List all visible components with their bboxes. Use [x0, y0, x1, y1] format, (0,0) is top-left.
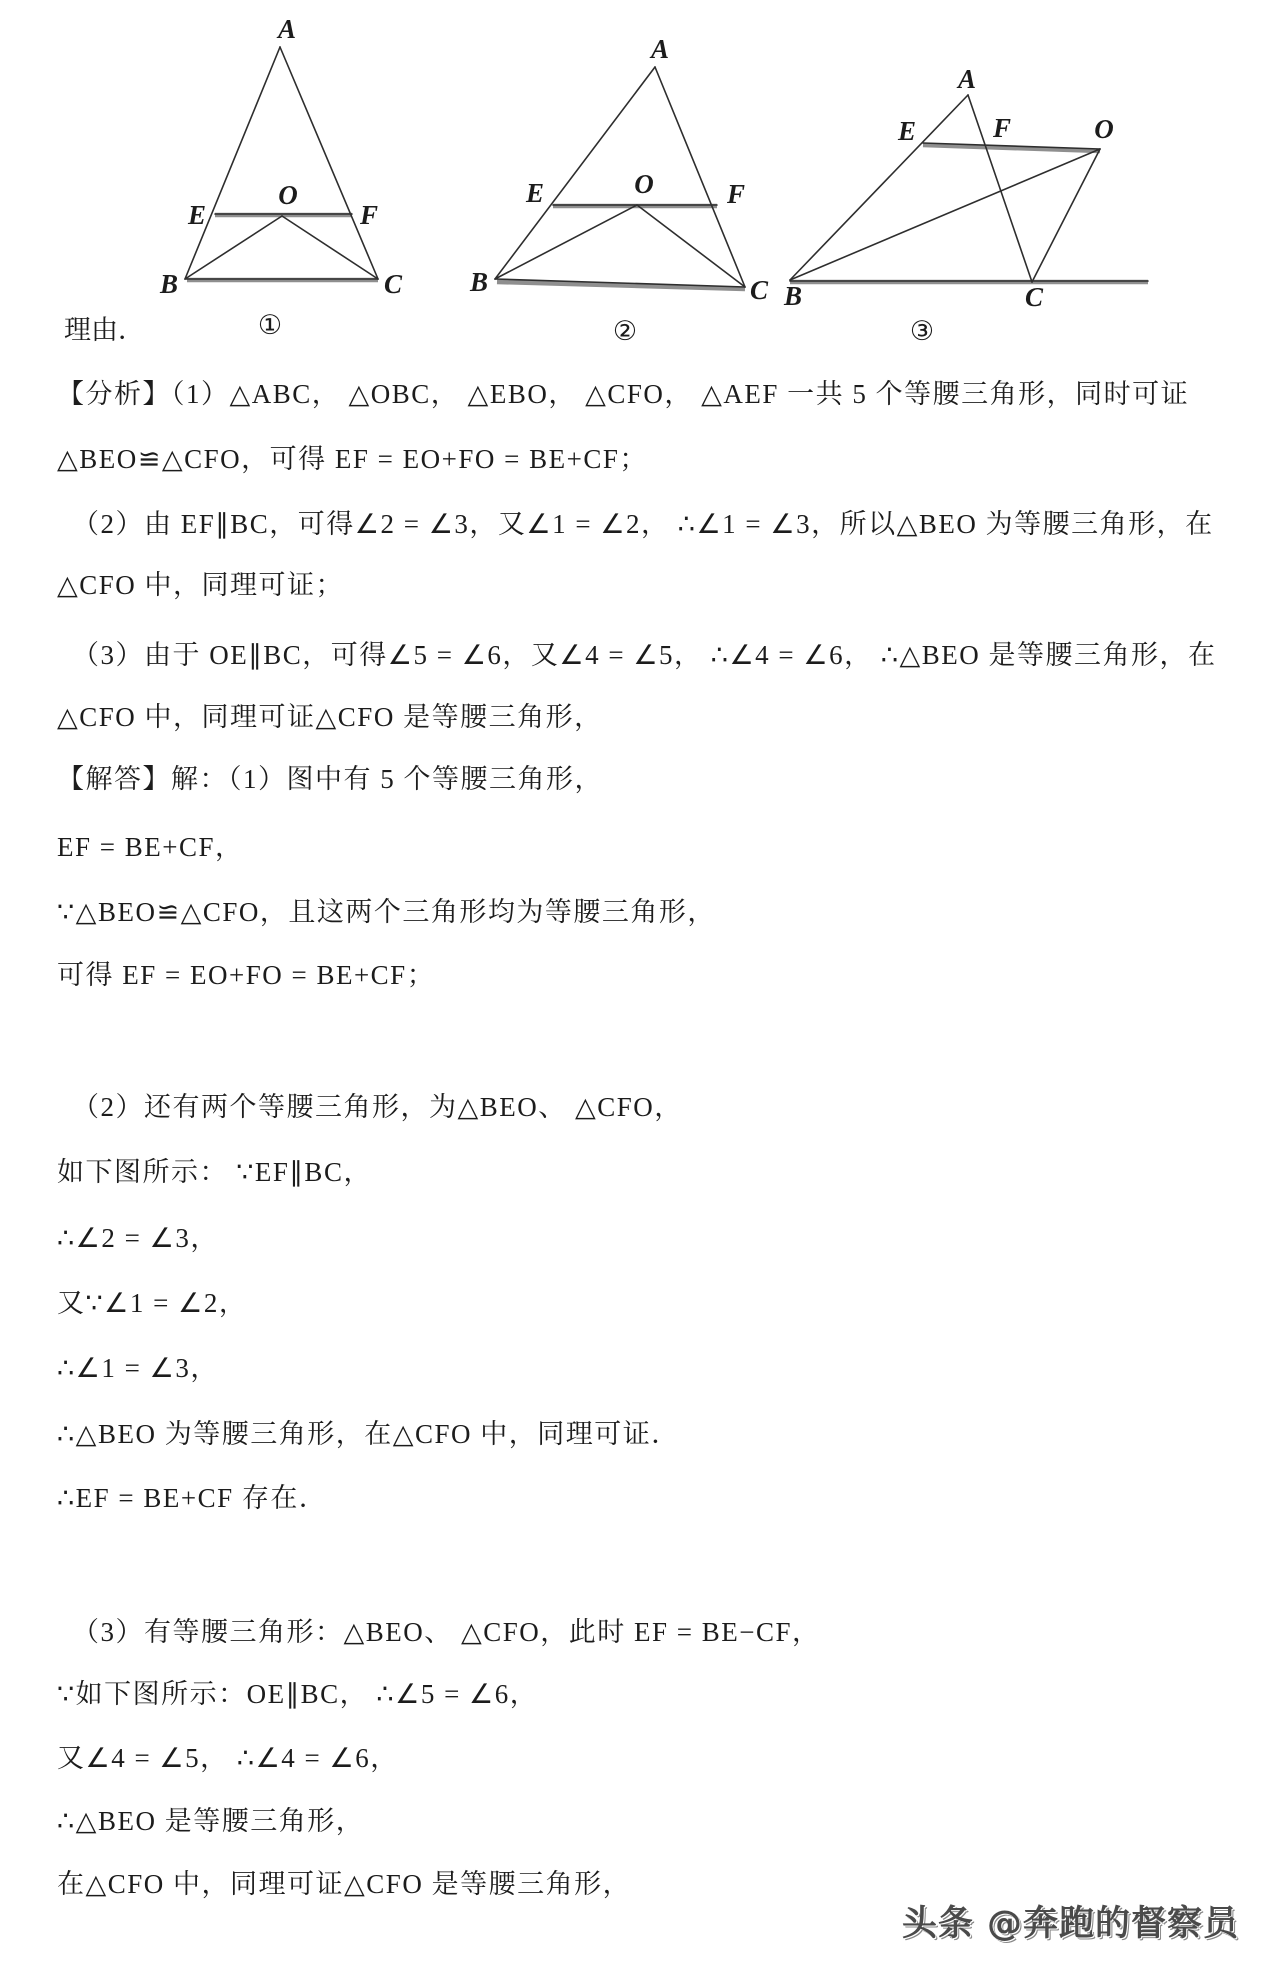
triangle-figure-3: A E F O B C ③: [783, 64, 1148, 347]
solution-line: ∵如下图所示：OE∥BC， ∴∠5 = ∠6，: [57, 1672, 1237, 1711]
solution-line: ∴∠1 = ∠3，: [57, 1346, 1237, 1385]
vertex-label-a: A: [649, 34, 669, 64]
triangle-figure-1: A E O F B C ①: [159, 14, 403, 341]
worksheet-page: { "document": { "reason_text": "理由．", "w…: [0, 0, 1263, 1963]
edge-ab: [495, 67, 655, 279]
segment-bo: [790, 149, 1100, 280]
solution-line: ∴△BEO 为等腰三角形，在△CFO 中，同理可证．: [57, 1412, 1237, 1451]
vertex-label-o: O: [634, 169, 654, 199]
solution-line: EF = BE+CF，: [57, 825, 1237, 864]
solution-line: 又∵∠1 = ∠2，: [57, 1281, 1237, 1320]
vertex-label-b: B: [783, 281, 802, 311]
vertex-label-a: A: [956, 64, 976, 94]
solution-line: ∴∠2 = ∠3，: [57, 1216, 1237, 1255]
solution-line: （3）有等腰三角形：△BEO、 △CFO，此时 EF = BE−CF，: [72, 1610, 1252, 1649]
figure-caption-3: ③: [910, 316, 934, 347]
triangle-figure-2: A E O F B C ②: [469, 34, 769, 347]
vertex-label-f: F: [359, 200, 378, 230]
figure-caption-1: ①: [258, 310, 282, 341]
edge-ab: [185, 47, 280, 279]
solution-line: △CFO 中，同理可证△CFO 是等腰三角形，: [57, 695, 1237, 734]
edge-ba: [790, 95, 968, 280]
solution-line: （2）由 EF∥BC，可得∠2 = ∠3，又∠1 = ∠2， ∴∠1 = ∠3，…: [72, 502, 1252, 541]
solution-line: 【分析】（1）△ABC， △OBC， △EBO， △CFO， △AEF 一共 5…: [57, 372, 1237, 411]
vertex-label-c: C: [1025, 282, 1044, 312]
solution-line: 可得 EF = EO+FO = BE+CF；: [57, 953, 1237, 992]
vertex-label-e: E: [187, 200, 206, 230]
watermark: 头条 @奔跑的督察员: [902, 1896, 1239, 1946]
vertex-label-c: C: [384, 269, 403, 299]
solution-line: ∴EF = BE+CF 存在．: [57, 1476, 1237, 1515]
edge-ac: [655, 67, 745, 287]
vertex-label-a: A: [276, 14, 296, 44]
figure-caption-2: ②: [613, 316, 637, 347]
solution-line: 如下图所示： ∵EF∥BC，: [57, 1150, 1237, 1189]
solution-line: △CFO 中，同理可证；: [57, 563, 1237, 602]
geometry-figures-svg: A E O F B C ① A E O F B C ②: [0, 0, 1263, 350]
vertex-label-o: O: [278, 180, 298, 210]
vertex-label-e: E: [897, 116, 916, 146]
solution-line: ∵△BEO≌△CFO，且这两个三角形均为等腰三角形，: [57, 890, 1237, 929]
vertex-label-o: O: [1094, 114, 1114, 144]
segment-bo: [495, 205, 637, 279]
edge-ac: [280, 47, 378, 279]
vertex-label-e: E: [525, 178, 544, 208]
solution-line: 【解答】解：（1）图中有 5 个等腰三角形，: [57, 757, 1237, 796]
solution-line: △BEO≌△CFO，可得 EF = EO+FO = BE+CF；: [57, 437, 1237, 476]
solution-line: （2）还有两个等腰三角形，为△BEO、 △CFO，: [72, 1085, 1252, 1124]
reason-label: 理由．: [64, 308, 145, 347]
solution-line: 又∠4 = ∠5， ∴∠4 = ∠6，: [57, 1736, 1237, 1775]
vertex-label-f: F: [726, 179, 745, 209]
segment-oc: [1032, 149, 1100, 282]
solution-line: ∴△BEO 是等腰三角形，: [57, 1799, 1237, 1838]
vertex-label-b: B: [469, 267, 488, 297]
vertex-label-f: F: [992, 113, 1011, 143]
vertex-label-c: C: [750, 275, 769, 305]
figures-area: A E O F B C ① A E O F B C ②: [0, 0, 1263, 350]
solution-line: （3）由于 OE∥BC，可得∠5 = ∠6，又∠4 = ∠5， ∴∠4 = ∠6…: [72, 633, 1252, 672]
vertex-label-b: B: [159, 269, 178, 299]
